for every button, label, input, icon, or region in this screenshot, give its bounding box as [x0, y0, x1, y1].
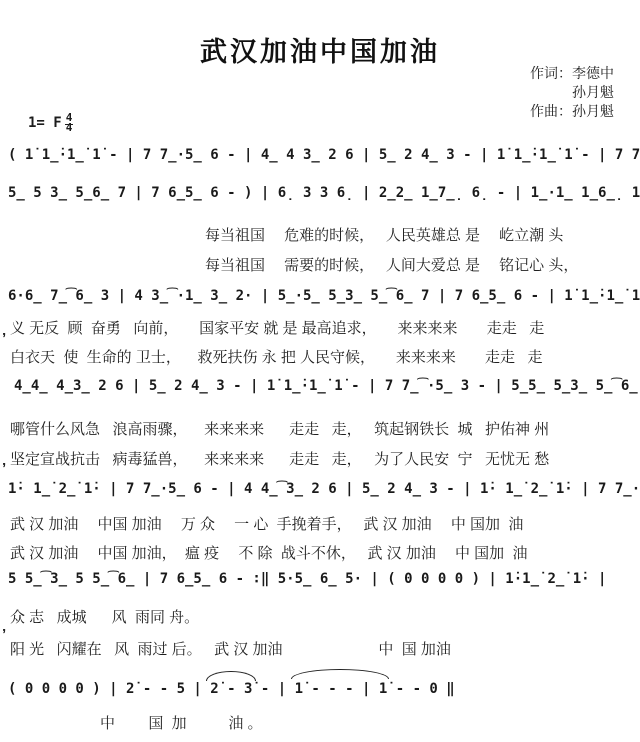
music-line-2: 5̲ 5 3̲ 5̲6̲ 7 | 7 6̲5̲ 6 - ) | 6̣ 3 3 6… — [8, 185, 640, 201]
lyric-line-3: 义 无反 顾 奋勇 向前， 国家平安 就 是 最高追求， 来来来来 走走 走 — [10, 317, 544, 338]
lyric-line-4: 白衣天 使 生命的 卫士， 救死扶伤 永 把 人民守候， 来来来来 走走 走 — [10, 346, 543, 367]
credits-block: 作词：李德中 孙月魁 作曲：孙月魁 — [530, 64, 614, 121]
music-line-4: 4̲4̲ 4̲3̲ 2 6 | 5̲ 2 4̲ 3 - | 1̇ 1̲̇·1̲̇… — [14, 378, 640, 394]
slur-arc-2 — [291, 669, 389, 679]
slur-arc-1 — [206, 671, 256, 681]
sheet-music-page: 武汉加油中国加油 作词：李德中 孙月魁 作曲：孙月魁 1= F 4 4 ( 1̇… — [0, 0, 640, 742]
music-line-7: ( 0 0 0 0 ) | 2̇ - - 5 | 2̇ - 3̇ - | 1̇ … — [8, 681, 455, 697]
key-signature: 1= F 4 4 — [28, 113, 73, 133]
lyric-line-2: 每当祖国 需要的时候， 人间大爱总 是 铭记心 头， — [205, 254, 578, 275]
breath-mark-2: ’ — [2, 460, 6, 477]
music-line-6: 5 5̲͡3̲ 5 5̲͡6̲ | 7 6̲5̲ 6 - ∶‖ 5·5̲ 6̲ … — [8, 571, 606, 587]
lyric-line-5: 哪管什么风急 浪高雨骤， 来来来来 走走 走， 筑起钢铁长 城 护佑神 州 — [10, 418, 549, 439]
lyric-line-9: 众 志 成城 风 雨同 舟。 — [10, 606, 199, 627]
breath-mark-3: ’ — [2, 626, 6, 643]
key-prefix: 1= F — [28, 115, 62, 131]
music-line-1: ( 1̇ 1̲̇·1̲̇ 1̇ - | 7 7̲·5̲ 6 - | 4̲ 4 3… — [8, 147, 640, 163]
music-line-5: 1̇· 1̲̇ 2̲̇ 1̇· | 7 7̲·5̲ 6 - | 4 4̲͡3̲ … — [8, 481, 640, 497]
time-signature: 4 4 — [65, 113, 74, 133]
breath-mark-1: ’ — [2, 330, 6, 347]
music-line-3: 6·6̲ 7̲͡6̲ 3 | 4 3̲͡·1̲ 3̲ 2· | 5̲·5̲ 5̲… — [8, 288, 640, 304]
lyric-line-8: 武 汉 加油 中国 加油， 瘟 疫 不 除 战斗不休， 武 汉 加油 中 国加 … — [10, 542, 528, 563]
time-signature-bottom: 4 — [66, 121, 73, 134]
lyric-line-6: 坚定宣战抗击 病毒猛兽， 来来来来 走走 走， 为了人民安 宁 无忧无 愁 — [10, 448, 549, 469]
lyric-line-10: 阳 光 闪耀在 风 雨过 后。 武 汉 加油 中 国 加油 — [10, 638, 451, 659]
lyric-line-1: 每当祖国 危难的时候， 人民英雄总 是 屹立潮 头 — [205, 224, 563, 245]
lyric-line-11: 中 国 加 油 。 — [100, 712, 263, 733]
lyric-line-7: 武 汉 加油 中国 加油 万 众 一 心 手挽着手， 武 汉 加油 中 国加 油 — [10, 513, 523, 534]
